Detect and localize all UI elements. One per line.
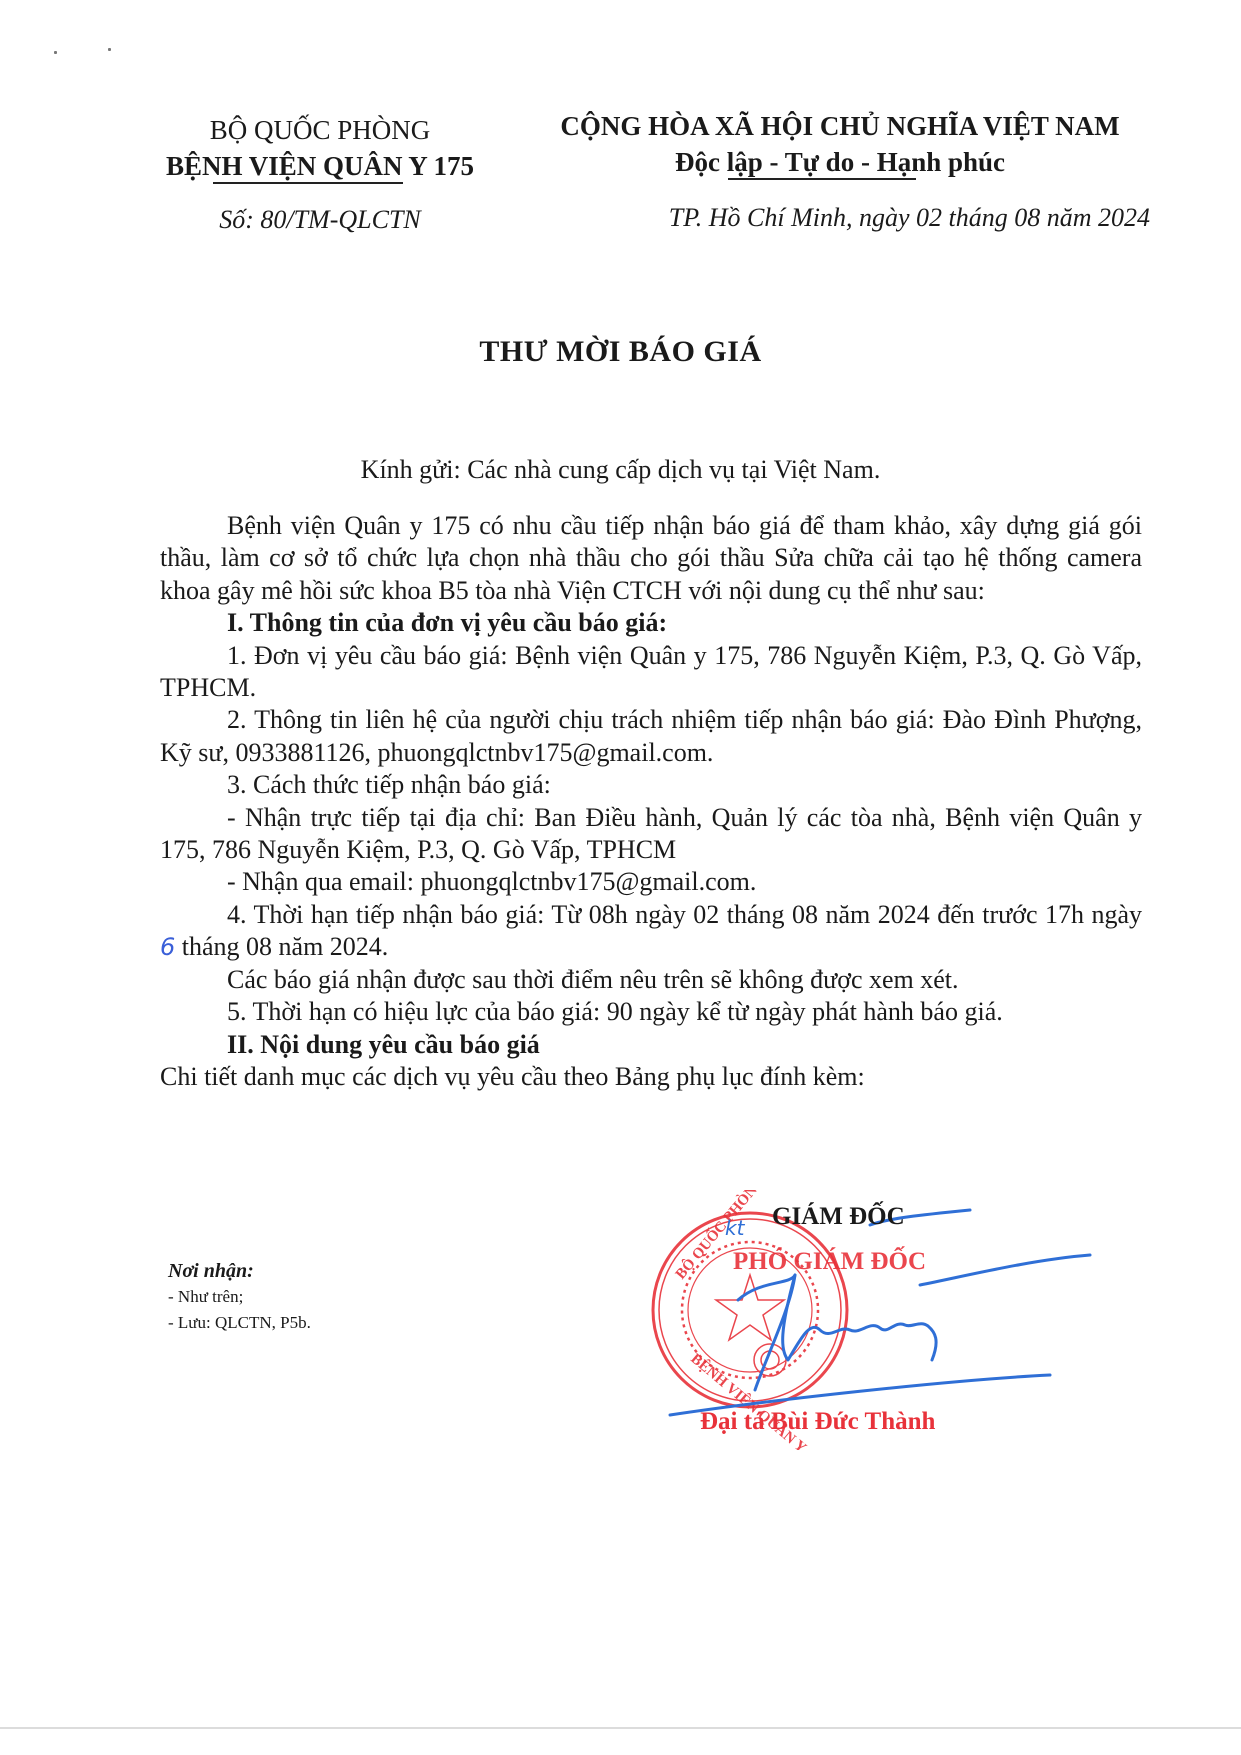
hospital-underline bbox=[213, 182, 403, 184]
section2-detail: Chi tiết danh mục các dịch vụ yêu cầu th… bbox=[160, 1061, 1142, 1093]
signatory-title: GIÁM ĐỐC bbox=[772, 1203, 905, 1231]
intro-paragraph: Bệnh viện Quân y 175 có nhu cầu tiếp nhậ… bbox=[160, 510, 1142, 607]
motto-underline bbox=[728, 178, 916, 180]
signature-block: BỘ QUỐC PHÒNG BỆNH VIỆN QUÂN Y 175 kt GI… bbox=[650, 1190, 1100, 1450]
late-note: Các báo giá nhận được sau thời điểm nêu … bbox=[160, 964, 1142, 996]
hospital-name-text: BỆNH VIỆN QUÂN Y 175 bbox=[166, 151, 474, 181]
item-3-direct: - Nhận trực tiếp tại địa chỉ: Ban Điều h… bbox=[160, 802, 1142, 867]
letter-body: Bệnh viện Quân y 175 có nhu cầu tiếp nhậ… bbox=[160, 510, 1142, 1093]
deputy-stamp: PHÓ GIÁM ĐỐC bbox=[733, 1248, 926, 1276]
section1-heading: I. Thông tin của đơn vị yêu cầu báo giá: bbox=[160, 607, 1142, 639]
motto-text: Độc lập - Tự do - Hạnh phúc bbox=[675, 147, 1005, 177]
scan-speck bbox=[54, 51, 57, 54]
handwritten-day: 6 bbox=[160, 933, 175, 961]
issuer-block: BỘ QUỐC PHÒNG BỆNH VIỆN QUÂN Y 175 bbox=[140, 112, 500, 184]
item-1: 1. Đơn vị yêu cầu báo giá: Bệnh viện Quâ… bbox=[160, 640, 1142, 705]
recipients-label: Nơi nhận: bbox=[168, 1258, 311, 1284]
national-header: CỘNG HÒA XÃ HỘI CHỦ NGHĨA VIỆT NAM Độc l… bbox=[520, 108, 1160, 180]
recipient-item: - Lưu: QLCTN, P5b. bbox=[168, 1310, 311, 1336]
document-title: THƯ MỜI BÁO GIÁ bbox=[0, 335, 1241, 369]
item-3-email: - Nhận qua email: phuongqlctnbv175@gmail… bbox=[160, 866, 1142, 898]
svg-text:kt: kt bbox=[725, 1216, 746, 1240]
recipients-block: Nơi nhận: - Như trên; - Lưu: QLCTN, P5b. bbox=[168, 1258, 311, 1336]
ministry-name: BỘ QUỐC PHÒNG bbox=[140, 112, 500, 148]
item-5: 5. Thời hạn có hiệu lực của báo giá: 90 … bbox=[160, 996, 1142, 1028]
item-4-text-end: tháng 08 năm 2024. bbox=[175, 932, 388, 961]
recipient-item: - Như trên; bbox=[168, 1284, 311, 1310]
item-4: 4. Thời hạn tiếp nhận báo giá: Từ 08h ng… bbox=[160, 899, 1142, 964]
place-date: TP. Hồ Chí Minh, ngày 02 tháng 08 năm 20… bbox=[520, 203, 1160, 233]
national-motto: Độc lập - Tự do - Hạnh phúc bbox=[675, 144, 1005, 180]
scan-speck bbox=[108, 48, 111, 51]
hospital-name: BỆNH VIỆN QUÂN Y 175 bbox=[166, 148, 474, 184]
republic-name: CỘNG HÒA XÃ HỘI CHỦ NGHĨA VIỆT NAM bbox=[520, 108, 1160, 144]
scan-edge-line bbox=[0, 1727, 1241, 1729]
section2-heading: II. Nội dung yêu cầu báo giá bbox=[160, 1029, 1142, 1061]
document-number: Số: 80/TM-QLCTN bbox=[140, 205, 500, 235]
item-2: 2. Thông tin liên hệ của người chịu trác… bbox=[160, 704, 1142, 769]
item-3: 3. Cách thức tiếp nhận báo giá: bbox=[160, 769, 1142, 801]
salutation: Kính gửi: Các nhà cung cấp dịch vụ tại V… bbox=[0, 455, 1241, 485]
item-4-text: 4. Thời hạn tiếp nhận báo giá: Từ 08h ng… bbox=[227, 900, 1142, 929]
signer-name: Đại tá Bùi Đức Thành bbox=[700, 1408, 935, 1436]
